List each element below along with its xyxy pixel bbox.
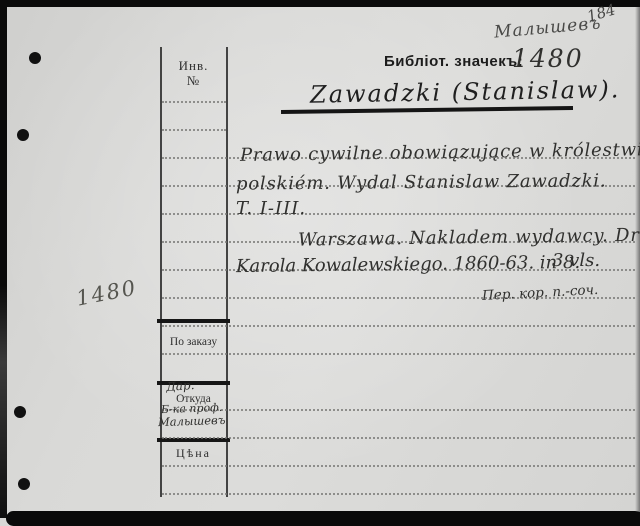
punch-hole-dot xyxy=(17,129,29,141)
binding-note: Пер. кор. п.-соч. xyxy=(482,282,599,304)
column-right-line xyxy=(226,47,228,497)
ruled-line xyxy=(162,129,226,131)
otkuda-handwriting-bottom: Малышевъ xyxy=(158,413,226,429)
punch-hole-dot xyxy=(18,478,30,490)
ruled-line xyxy=(162,353,635,355)
otkuda-handwriting-top: Дар. xyxy=(166,378,195,394)
shelf-number-handwritten: 1480 xyxy=(512,44,584,73)
ruled-line xyxy=(162,101,226,103)
ruled-line xyxy=(162,213,635,215)
scan-border-bottom xyxy=(6,511,640,526)
punch-hole-dot xyxy=(29,52,41,64)
catalog-card-scan: Инв. № По заказу Откуда Цѣна Дар. Б-ка п… xyxy=(0,0,640,526)
entry-title-line2: polskiém. Wydal Stanislaw Zawadzki. xyxy=(236,170,607,194)
scan-border-left xyxy=(0,0,7,518)
entry-volumes: T. I-III. xyxy=(236,198,306,219)
ruled-line xyxy=(162,465,635,467)
ruled-line xyxy=(162,437,635,439)
po-zakazu-label: По заказу xyxy=(160,336,227,348)
inventory-label-line2: № xyxy=(160,74,227,89)
inventory-label-line1: Инв. xyxy=(160,59,227,74)
owner-name-note: Малышевъ xyxy=(493,13,602,42)
entry-volume-count: 3 vls. xyxy=(552,250,600,271)
entry-imprint-line1: Warszawa. Nakladem wydawcy. Druk. xyxy=(298,224,640,250)
ruled-line xyxy=(162,325,635,327)
inventory-number-label: Инв. № xyxy=(160,59,227,89)
entry-imprint-line2: Karola Kowalewskiego. 1860-63. in 8. xyxy=(236,252,580,277)
column-left-line xyxy=(160,47,162,497)
entry-title-line1: Prawo cywilne obowiązujące w królestwie xyxy=(240,139,640,166)
margin-number-pencil: 1480 xyxy=(74,275,139,310)
ruled-line xyxy=(162,409,635,411)
punch-hole-dot xyxy=(14,406,26,418)
price-label: Цѣна xyxy=(160,446,227,461)
scan-border-right xyxy=(635,7,640,512)
scan-border-top xyxy=(0,0,640,7)
column-separator xyxy=(157,319,230,323)
library-mark-stamp-label: Библіот. значекъ: xyxy=(384,53,523,70)
author-heading: Zawadzki (Stanislaw). xyxy=(310,75,621,108)
ruled-line xyxy=(162,493,635,495)
